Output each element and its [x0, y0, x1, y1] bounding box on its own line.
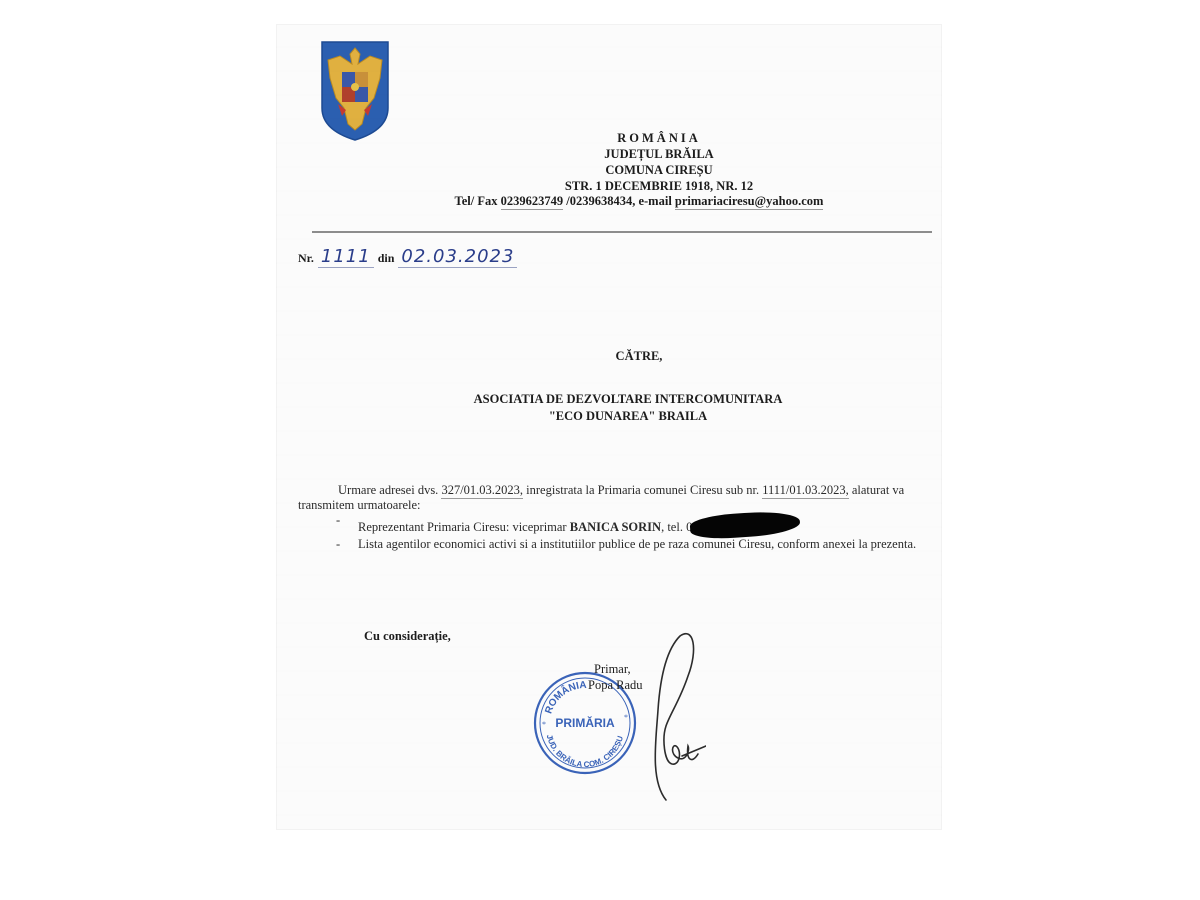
svg-text:*: *: [542, 720, 546, 729]
nr-value-handwritten: 1111: [318, 246, 374, 268]
date-value-handwritten: 02.03.2023: [398, 246, 517, 268]
item-text: Lista agentilor economici activi si a in…: [358, 537, 916, 551]
document-page: ROMÂNIA JUDEȚUL BRĂILA COMUNA CIREȘU STR…: [276, 24, 942, 830]
item-text: Reprezentant Primaria Ciresu: viceprimar: [358, 520, 570, 534]
recipient-name: ASOCIATIA DE DEZVOLTARE INTERCOMUNITARA …: [276, 391, 942, 425]
signatory-name: Popa Radu: [588, 678, 643, 693]
phone-number: 0239623749: [501, 194, 564, 210]
closing-salutation: Cu considerație,: [364, 629, 451, 644]
contact-prefix: Tel/ Fax: [455, 194, 501, 208]
body-text-segment: Urmare adresei dvs.: [338, 483, 441, 497]
registration-reference: 1111/01.03.2023,: [762, 483, 848, 499]
letter-body: Urmare adresei dvs. 327/01.03.2023, inre…: [298, 483, 938, 552]
item-list: Reprezentant Primaria Ciresu: viceprimar…: [298, 513, 938, 552]
recipient-line-2: "ECO DUNAREA" BRAILA: [314, 408, 942, 425]
svg-text:PRIMĂRIA: PRIMĂRIA: [555, 715, 615, 730]
din-label: din: [378, 251, 395, 266]
list-item: Lista agentilor economici activi si a in…: [336, 537, 938, 552]
svg-text:ROMÂNIA: ROMÂNIA: [543, 680, 587, 715]
nr-label: Nr.: [298, 251, 314, 266]
phone-number-2: /0239638434: [563, 194, 632, 208]
item-text: , tel. 0: [661, 520, 692, 534]
body-paragraph: Urmare adresei dvs. 327/01.03.2023, inre…: [298, 483, 938, 513]
registration-number: Nr. 1111 din 02.03.2023: [298, 246, 517, 268]
header-contact: Tel/ Fax 0239623749 /0239638434, e-mail …: [276, 194, 942, 209]
header-country: ROMÂNIA: [326, 130, 992, 146]
header-county: JUDEȚUL BRĂILA: [326, 146, 992, 162]
body-text-segment: inregistrata la Primaria comunei Ciresu …: [523, 483, 762, 497]
email-prefix: , e-mail: [632, 194, 675, 208]
list-item: Reprezentant Primaria Ciresu: viceprimar…: [336, 513, 938, 537]
representative-name: BANICA SORIN: [570, 520, 661, 534]
header-address: STR. 1 DECEMBRIE 1918, NR. 12: [326, 178, 992, 194]
header-commune: COMUNA CIREȘU: [326, 162, 992, 178]
coat-of-arms-icon: [318, 38, 392, 142]
signatory-title: Primar,: [594, 662, 631, 677]
recipient-label: CĂTRE,: [276, 349, 942, 364]
email-address: primariaciresu@yahoo.com: [675, 194, 824, 210]
handwritten-signature-icon: [636, 630, 706, 806]
recipient-line-1: ASOCIATIA DE DEZVOLTARE INTERCOMUNITARA: [314, 391, 942, 408]
svg-text:*: *: [624, 713, 628, 722]
reference-number: 327/01.03.2023,: [441, 483, 523, 499]
header-divider: [312, 231, 932, 233]
